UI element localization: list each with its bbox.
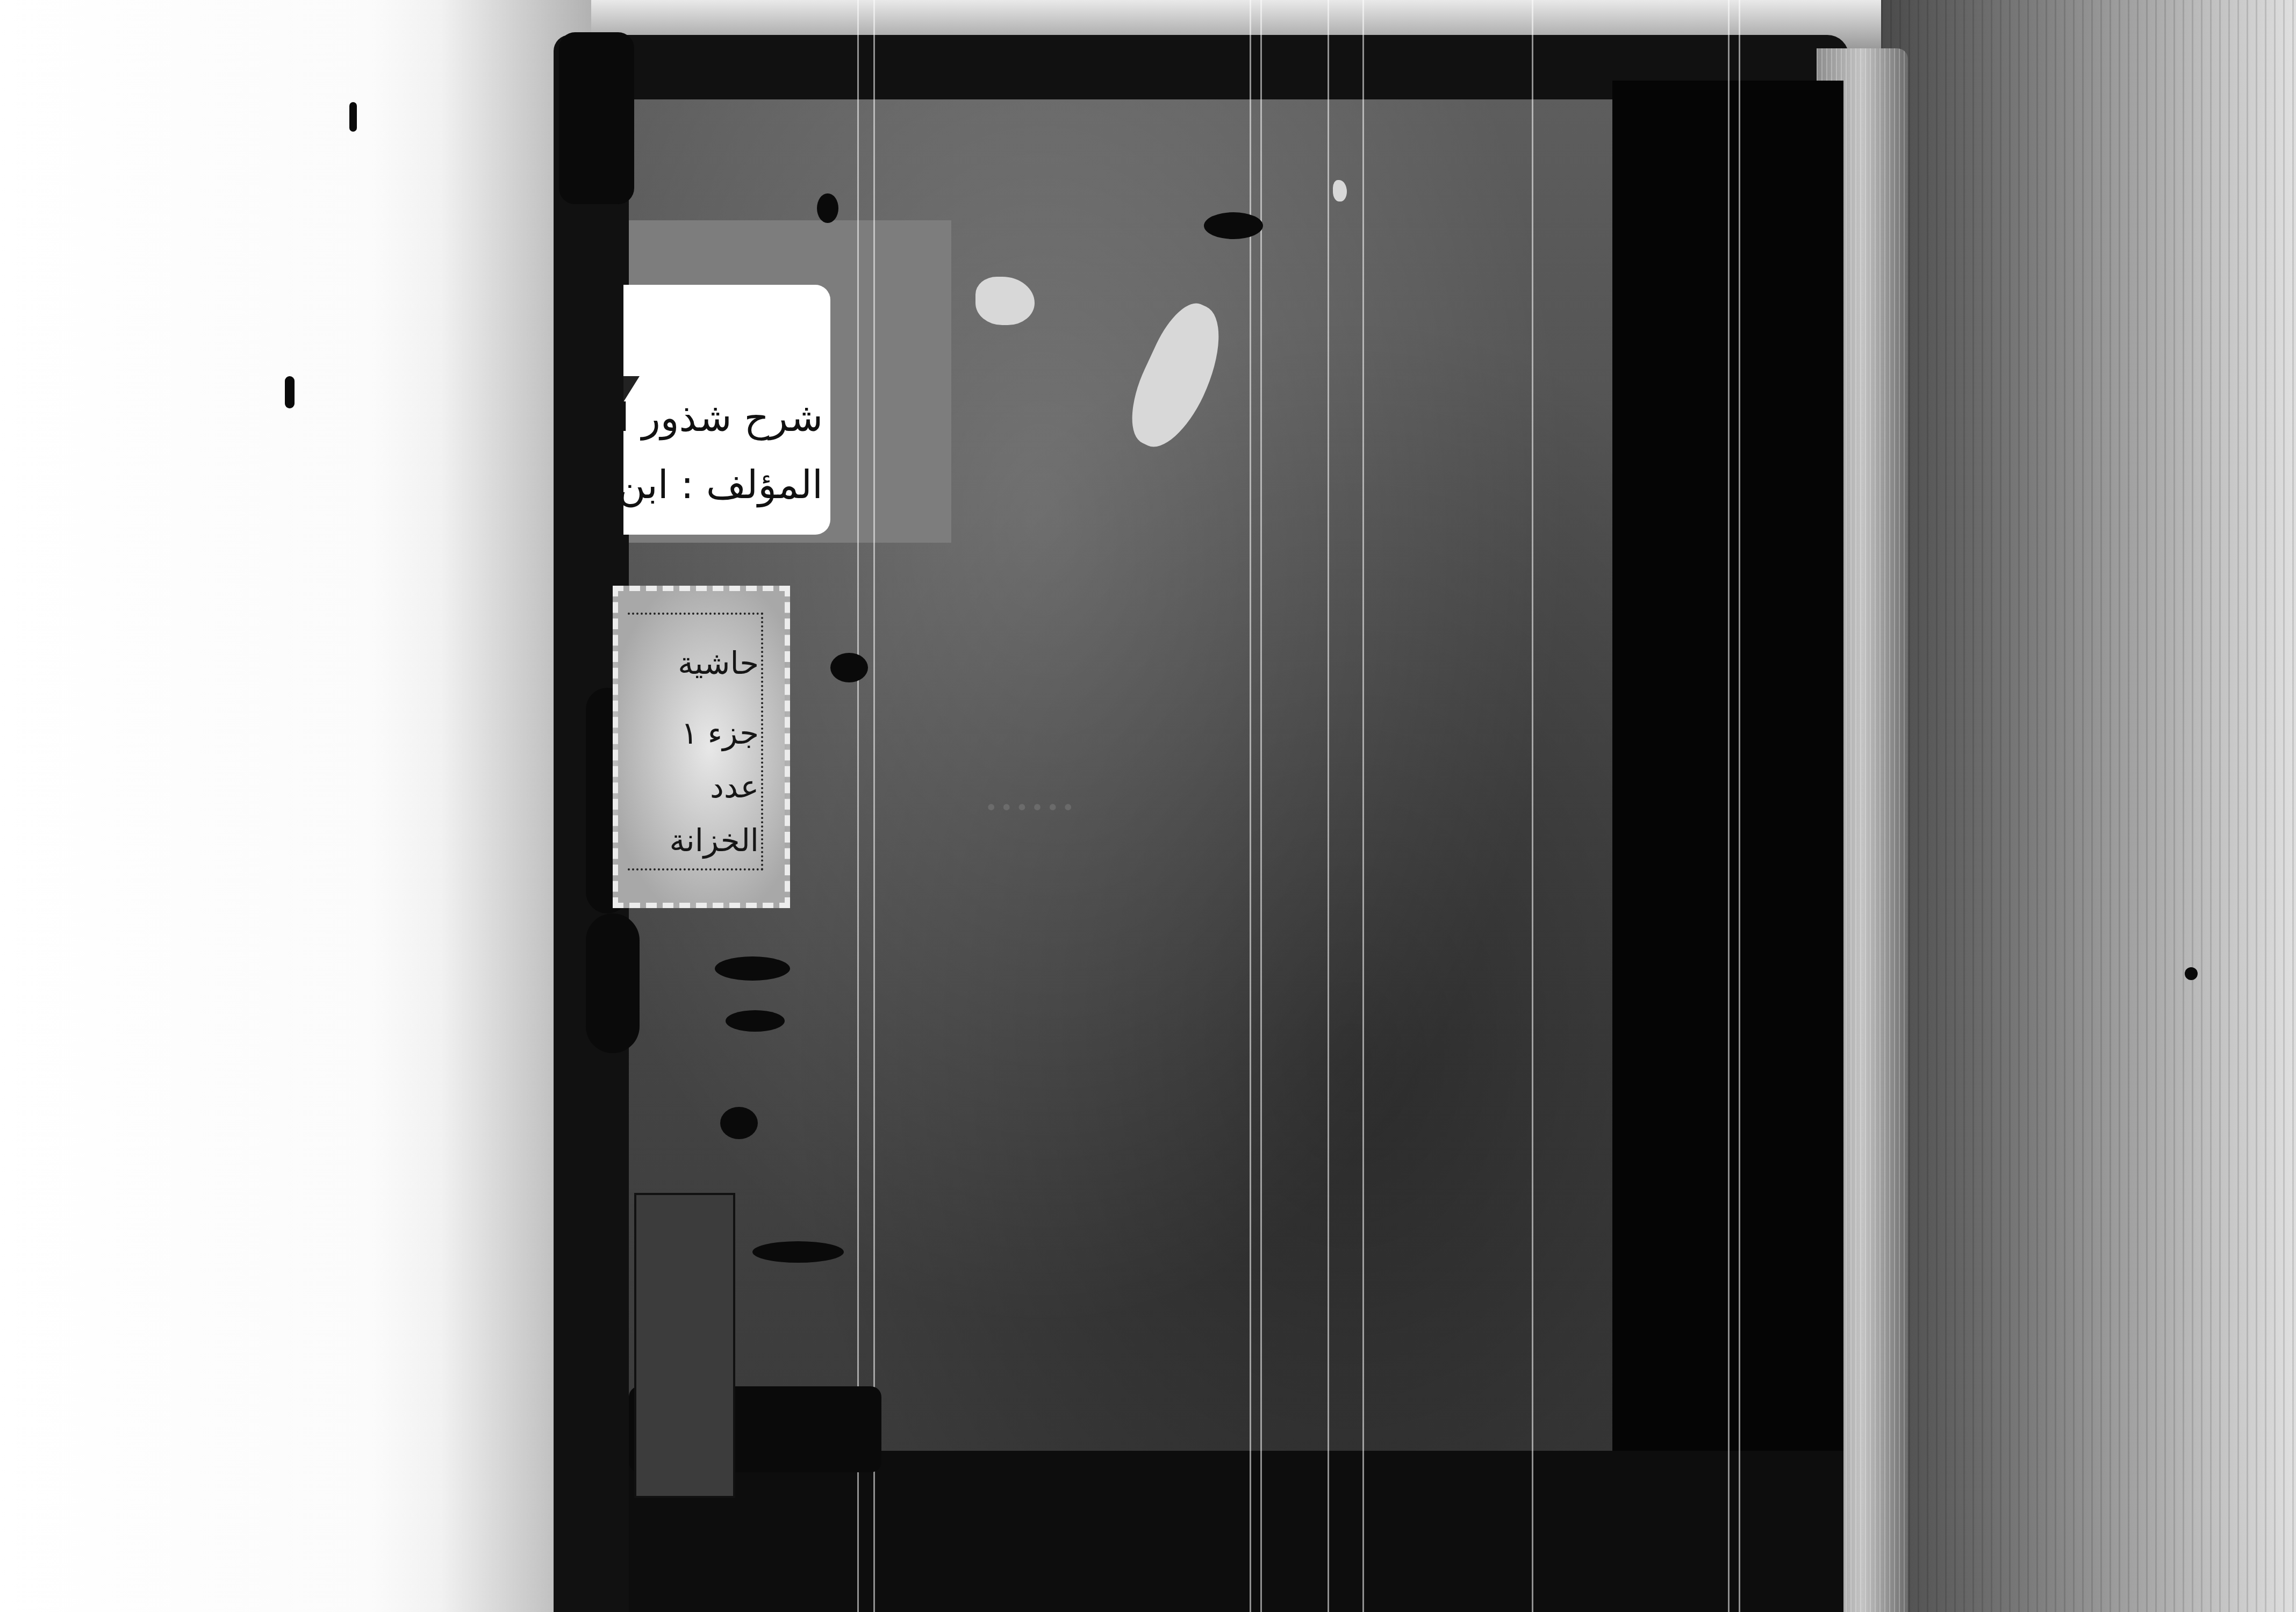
- label-author: المؤلف : ابن هشا: [623, 462, 823, 507]
- ink-blot: [586, 913, 640, 1053]
- ink-blot: [285, 376, 295, 408]
- printed-title-label: شرح شذور ال المؤلف : ابن هشا: [623, 285, 830, 535]
- ink-blot: [752, 1241, 844, 1263]
- cover-corner: [559, 32, 634, 204]
- handwritten-library-label: حاشية جزء ١ عدد الخزانة: [613, 586, 790, 908]
- scan-line-artifact: [1728, 0, 1730, 1612]
- ink-blot: [2185, 967, 2198, 980]
- label-line: عدد: [710, 768, 759, 805]
- cover-bottom-edge: [629, 1451, 1843, 1612]
- ink-blot: [720, 1107, 758, 1139]
- ink-blot: [349, 102, 357, 132]
- scan-line-artifact: [1250, 0, 1251, 1612]
- scan-line-artifact: [1532, 0, 1533, 1612]
- ink-blot: [726, 1010, 785, 1032]
- background-surface-right: [1881, 0, 2296, 1612]
- ink-blot: [830, 653, 868, 682]
- scan-line-artifact: [857, 0, 859, 1612]
- spine-repair-strip: [634, 1193, 735, 1498]
- wear-spot: [1333, 180, 1347, 201]
- label-line: حاشية: [678, 645, 759, 681]
- ink-blot: [817, 193, 838, 223]
- scan-line-artifact: [1362, 0, 1364, 1612]
- label-title: شرح شذور ال: [623, 395, 823, 440]
- label-line: الخزانة: [669, 822, 759, 859]
- ink-blot: [1204, 212, 1263, 239]
- scan-line-artifact: [1328, 0, 1329, 1612]
- scan-line-artifact: [1739, 0, 1740, 1612]
- embossed-text: ······: [984, 779, 1076, 836]
- label-line: جزء ١: [681, 715, 759, 751]
- manuscript-scan: ······ شرح شذور ال المؤلف : ابن هشا حاشي…: [0, 0, 2296, 1612]
- scan-line-artifact: [873, 0, 875, 1612]
- ink-blot: [715, 956, 790, 981]
- scan-line-artifact: [1260, 0, 1262, 1612]
